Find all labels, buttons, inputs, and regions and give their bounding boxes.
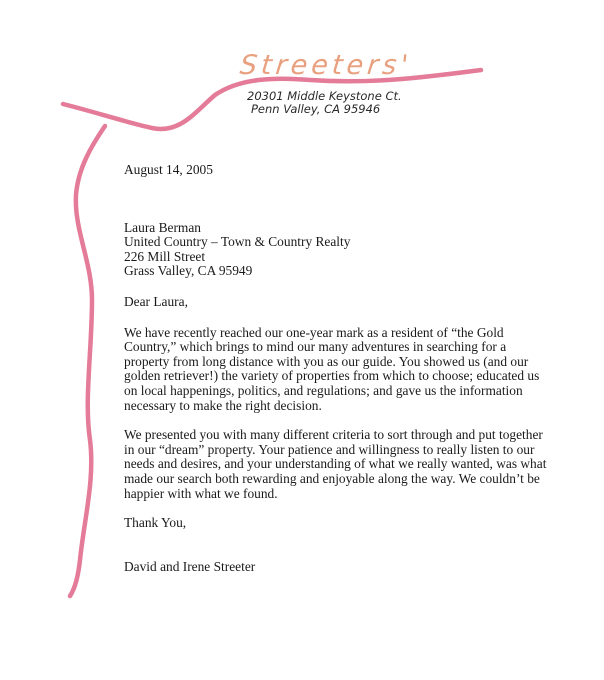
letter-body: August 14, 2005 Laura Berman United Coun…	[124, 163, 594, 574]
paragraph-line: property from long distance with you as …	[124, 355, 594, 370]
paragraph-line: on local happenings, politics, and regul…	[124, 384, 594, 399]
paragraph-line: needs and desires, and your understandin…	[124, 457, 594, 472]
closing: Thank You,	[124, 516, 594, 531]
salutation: Dear Laura,	[124, 295, 594, 310]
paragraph-line: We presented you with many different cri…	[124, 428, 594, 443]
letterhead-brand: Streeters'	[238, 50, 413, 81]
paragraph-line: necessary to make the right decision.	[124, 399, 594, 414]
letterhead-address: 20301 Middle Keystone Ct. Penn Valley, C…	[247, 90, 402, 116]
paragraph-line: Country,” which brings to mind our many …	[124, 340, 594, 355]
recipient-name: Laura Berman	[124, 221, 594, 236]
paragraph-line: golden retriever!) the variety of proper…	[124, 369, 594, 384]
side-swoosh-stroke	[70, 126, 105, 596]
recipient-block: Laura Berman United Country – Town & Cou…	[124, 221, 594, 279]
paragraph-line: made our search both rewarding and enjoy…	[124, 472, 594, 487]
letter-date: August 14, 2005	[124, 163, 594, 178]
address-line: Penn Valley, CA 95946	[247, 103, 402, 116]
recipient-company: United Country – Town & Country Realty	[124, 235, 594, 250]
paragraph-line: happier with what we found.	[124, 487, 594, 502]
recipient-city: Grass Valley, CA 95949	[124, 264, 594, 279]
paragraph-line: We have recently reached our one-year ma…	[124, 326, 594, 341]
recipient-street: 226 Mill Street	[124, 250, 594, 265]
paragraph-line: in our “dream” property. Your patience a…	[124, 443, 594, 458]
paragraph-1: We have recently reached our one-year ma…	[124, 326, 594, 414]
signature: David and Irene Streeter	[124, 560, 594, 575]
paragraph-2: We presented you with many different cri…	[124, 428, 594, 501]
